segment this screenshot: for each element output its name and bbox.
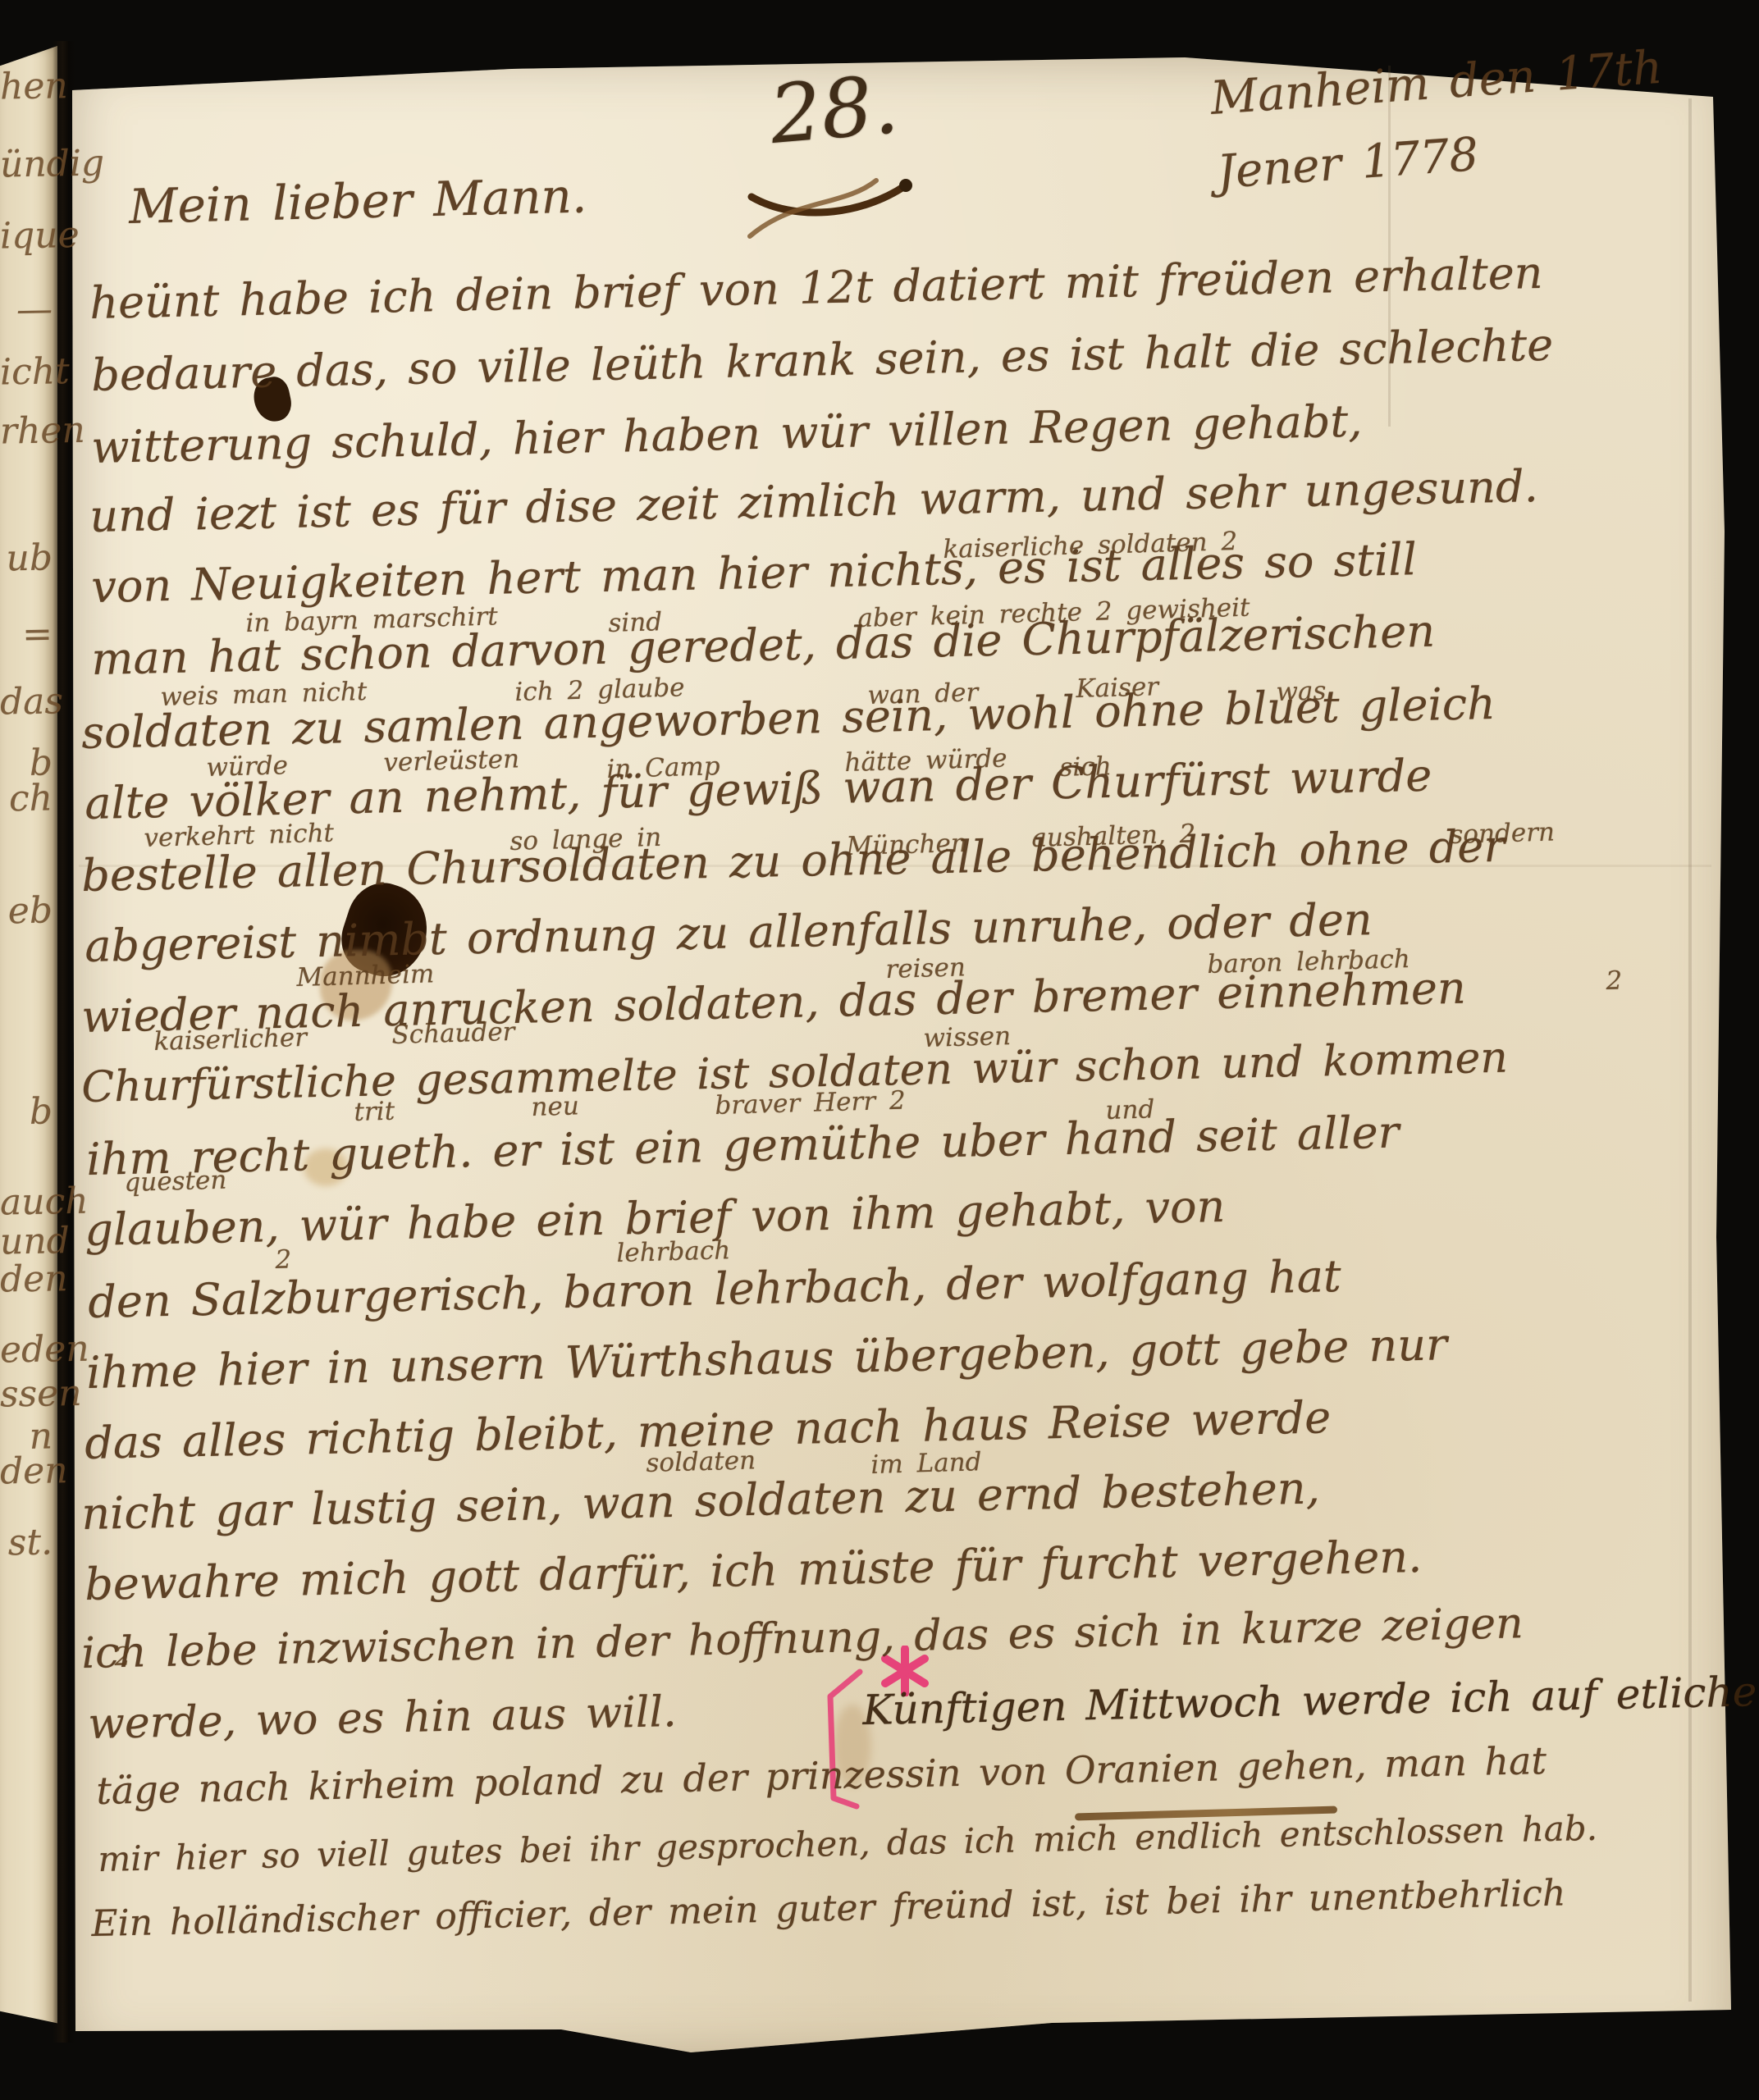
dateline-month-year: Jener 1778 (1215, 128, 1480, 199)
manuscript-line-4: und iezt ist es für dise zeit zimlich wa… (89, 460, 1539, 542)
margin-fragment-13: b (0, 1090, 53, 1133)
interlinear-insert-13: hätte würde (844, 743, 1007, 778)
margin-fragment-11: ch (0, 777, 53, 819)
margin-fragment-6: rhen (0, 409, 53, 452)
interlinear-insert-10: würde (206, 751, 288, 783)
margin-fragment-7: ub (0, 536, 53, 579)
paraph-flourish-icon (745, 174, 917, 248)
interlinear-insert-32: 2 (275, 1244, 292, 1275)
interlinear-insert-28: neu (531, 1091, 579, 1122)
interlinear-insert-30: und (1105, 1094, 1155, 1125)
interlinear-insert-22: 2 (1606, 966, 1623, 996)
interlinear-insert-26: wissen (923, 1021, 1012, 1053)
manuscript-line-24: mir hier so viell gutes bei ihr gesproch… (98, 1808, 1598, 1879)
interlinear-insert-19: sondern (1450, 817, 1555, 850)
margin-fragment-5: icht (0, 350, 53, 393)
interlinear-insert-12: in Camp (606, 751, 720, 784)
manuscript-line-20: ich lebe inzwischen in der hoffnung, das… (81, 1599, 1524, 1678)
manuscript-line-19: bewahre mich gott darfür, ich müste für … (85, 1531, 1423, 1610)
interlinear-insert-23: Mannheim (296, 959, 435, 993)
interlinear-insert-36: 2 (114, 1641, 131, 1672)
interlinear-insert-35: im Land (870, 1447, 982, 1480)
interlinear-insert-29: braver Herr 2 (715, 1086, 906, 1121)
margin-fragment-20: den (0, 1449, 53, 1492)
interlinear-insert-6: ich 2 glaube (514, 673, 685, 707)
margin-fragment-18: ssen (0, 1372, 53, 1415)
margin-fragment-14: auch (0, 1180, 53, 1223)
manuscript-line-21: werde, wo es hin aus will. (88, 1687, 677, 1749)
manuscript-scan: 28. Manheim den 17th Jener 1778 Mein lie… (0, 0, 1759, 2100)
interlinear-insert-11: verleüsten (383, 744, 520, 778)
margin-fragment-2: ündig (0, 143, 53, 185)
manuscript-line-1: heünt habe ich dein brief von 12t datier… (89, 247, 1543, 329)
margin-fragment-15: und (0, 1220, 53, 1262)
margin-fragment-4: — (0, 288, 53, 331)
ink-layer: 28. Manheim den 17th Jener 1778 Mein lie… (0, 0, 1759, 2100)
interlinear-insert-7: wan der (867, 678, 979, 710)
salutation: Mein lieber Mann. (128, 167, 587, 235)
interlinear-insert-24: kaiserlicher (153, 1023, 308, 1057)
interlinear-insert-9: was (1276, 676, 1327, 707)
margin-fragment-21: st. (0, 1521, 53, 1564)
interlinear-insert-15: verkehrt nicht (144, 819, 334, 853)
interlinear-insert-27: trit (354, 1097, 395, 1127)
margin-fragment-12: eb (0, 889, 53, 932)
interlinear-insert-20: reisen (885, 952, 966, 984)
interlinear-insert-14: sich (1059, 751, 1112, 783)
margin-fragment-8: = (0, 613, 53, 655)
dateline-place-day: Manheim den 17th (1208, 41, 1664, 126)
interlinear-insert-31: questen (124, 1166, 227, 1198)
interlinear-insert-34: soldaten (646, 1445, 756, 1478)
margin-fragment-9: das (0, 680, 53, 723)
margin-fragment-1: hen (0, 65, 53, 107)
margin-fragment-17: eden (0, 1328, 53, 1371)
interlinear-insert-8: Kaiser (1076, 672, 1159, 704)
manuscript-line-2: bedaure das, so ville leüth krank sein, … (91, 319, 1554, 401)
interlinear-insert-17: München (846, 829, 967, 861)
manuscript-line-25: Ein holländischer officier, der mein gut… (91, 1872, 1566, 1945)
interlinear-insert-16: so lange in (509, 823, 662, 856)
manuscript-line-16: ihme hier in unsern Würthshaus übergeben… (86, 1318, 1448, 1399)
manuscript-line-3: witterung schuld, hier haben wür villen … (91, 395, 1363, 473)
interlinear-insert-5: weis man nicht (160, 677, 368, 712)
archival-number: 28. (766, 58, 902, 162)
interlinear-insert-25: Schauder (391, 1017, 515, 1050)
manuscript-line-10: abgereist nimbt ordnung zu allenfalls un… (85, 893, 1373, 972)
margin-fragment-16: den (0, 1258, 53, 1300)
interlinear-insert-18: aushalten, 2 (1031, 819, 1196, 853)
interlinear-insert-3: sind (608, 607, 663, 638)
interlinear-insert-21: baron lehrbach (1207, 944, 1410, 979)
margin-fragment-3: ique (0, 214, 53, 257)
interlinear-insert-33: lehrbach (616, 1235, 731, 1268)
manuscript-line-22: Künftigen Mittwoch werde ich auf etliche (862, 1668, 1757, 1734)
